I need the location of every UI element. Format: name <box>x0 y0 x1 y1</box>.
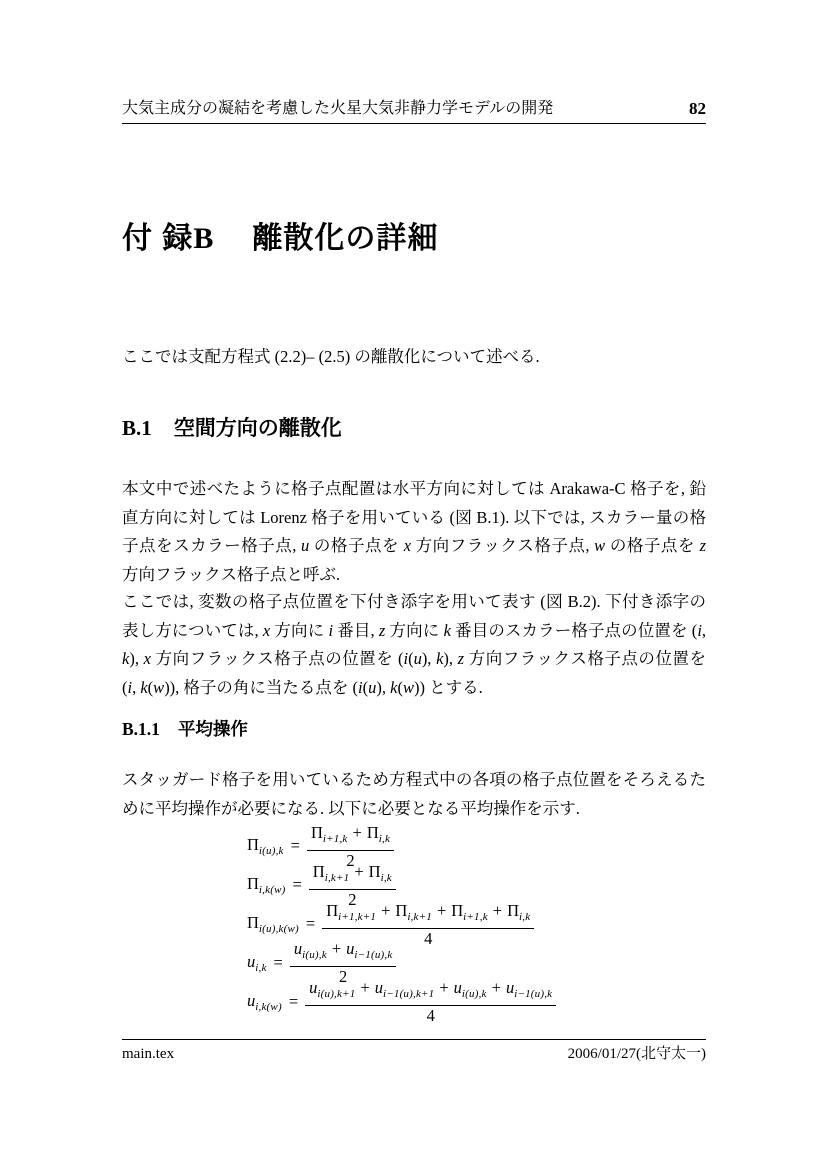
math-subscript: i,k+1 <box>407 911 432 923</box>
footer-date-author: 2006/01/27(北守太一) <box>568 1045 706 1063</box>
equals-sign: = <box>289 992 298 1012</box>
math-term: ui(u),k+1 <box>309 978 355 997</box>
plus-operator: + <box>376 901 395 920</box>
plus-operator: + <box>434 978 453 997</box>
math-subscript: i,k+1 <box>325 872 350 884</box>
math-term: Πi,k <box>369 862 392 881</box>
math-subscript: i,k(w) <box>255 1001 282 1013</box>
denominator: 4 <box>305 1006 556 1025</box>
math-subscript: i+1,k+1 <box>338 911 376 923</box>
footer-filename: main.tex <box>122 1045 174 1063</box>
numerator: ui(u),k+ui−1(u),k <box>290 939 397 967</box>
text-segment: 番目のスカラー格子点の位置を ( <box>451 621 697 640</box>
math-variable: x <box>404 536 411 555</box>
text-segment: , <box>702 621 706 640</box>
page-footer: main.tex 2006/01/27(北守太一) <box>122 1039 706 1063</box>
text-segment: )), 格子の角に当たる点を ( <box>164 678 358 697</box>
page-header: 大気主成分の凝結を考慮した火星大気非静力学モデルの開発 82 <box>122 99 706 124</box>
fraction: ui(u),k+1+ui−1(u),k+1+ui(u),k+ui−1(u),k4 <box>305 978 556 1025</box>
math-variable: w <box>594 536 605 555</box>
math-subscript: i,k <box>255 962 266 974</box>
numerator: Πi+1,k+1+Πi,k+1+Πi+1,k+Πi,k <box>322 901 534 929</box>
chapter-heading: 付 録B離散化の詳細 <box>122 219 438 259</box>
text-segment: 方向フラックス格子点の位置を ( <box>151 649 404 668</box>
section-number: B.1 <box>122 416 152 440</box>
document-page: 大気主成分の凝結を考慮した火星大気非静力学モデルの開発 82 付 録B離散化の詳… <box>0 0 826 1169</box>
section-title: 空間方向の離散化 <box>174 417 342 440</box>
math-term: Πi,k+1 <box>395 901 432 920</box>
math-variable: w <box>153 678 164 697</box>
plus-operator: + <box>348 823 367 842</box>
math-term: ui−1(u),k <box>346 939 392 958</box>
page-number: 82 <box>689 99 706 118</box>
math-subscript: i−1(u),k <box>354 949 392 961</box>
math-subscript: i+1,k <box>463 911 488 923</box>
equals-sign: = <box>291 836 300 856</box>
math-subscript: i+1,k <box>323 833 348 845</box>
chapter-label: 付 録B <box>122 222 214 255</box>
math-symbol: Π <box>247 874 259 893</box>
equation-lhs: Πi(u),k(w) <box>247 913 299 935</box>
intro-paragraph: ここでは支配方程式 (2.2)– (2.5) の離散化について述べる. <box>122 343 706 372</box>
math-symbol: Π <box>395 901 407 920</box>
paragraph-averaging: スタッガード格子を用いているため方程式中の各項の格子点位置をそろえるために平均操… <box>122 766 706 823</box>
numerator: ui(u),k+1+ui−1(u),k+1+ui(u),k+ui−1(u),k <box>305 978 556 1006</box>
math-subscript: i(u),k+1 <box>317 988 355 1000</box>
math-term: Πi+1,k <box>311 823 348 842</box>
math-subscript: i,k <box>379 833 390 845</box>
equation-row: ui,k=ui(u),k+ui−1(u),k2 <box>247 943 556 982</box>
text-segment: ), <box>376 678 390 697</box>
math-variable: k <box>140 678 147 697</box>
math-variable: k <box>444 621 451 640</box>
equation-row: Πi(u),k=Πi+1,k+Πi,k2 <box>247 827 556 866</box>
equals-sign: = <box>306 914 315 934</box>
numerator: Πi,k+1+Πi,k <box>309 862 396 890</box>
equation-row: Πi(u),k(w)=Πi+1,k+1+Πi,k+1+Πi+1,k+Πi,k4 <box>247 905 556 944</box>
math-variable: u <box>414 649 422 668</box>
math-symbol: u <box>247 952 255 971</box>
math-variable: z <box>700 536 706 555</box>
plus-operator: + <box>488 901 507 920</box>
plus-operator: + <box>487 978 506 997</box>
math-subscript: i,k <box>381 872 392 884</box>
math-variable: x <box>144 649 151 668</box>
text-segment: ここでは支配方程式 (2.2)– (2.5) の離散化について述べる. <box>122 347 540 366</box>
math-subscript: i(u),k(w) <box>259 923 299 935</box>
equation-row: ui,k(w)=ui(u),k+1+ui−1(u),k+1+ui(u),k+ui… <box>247 982 556 1021</box>
plus-operator: + <box>432 901 451 920</box>
text-segment: ), <box>443 649 457 668</box>
equation-lhs: Πi(u),k <box>247 835 284 857</box>
text-segment: 方向に <box>270 621 328 640</box>
running-title: 大気主成分の凝結を考慮した火星大気非静力学モデルの開発 <box>122 99 553 118</box>
math-term: Πi+1,k+1 <box>326 901 376 920</box>
math-symbol: Π <box>367 823 379 842</box>
equation-lhs: Πi,k(w) <box>247 874 285 896</box>
math-symbol: Π <box>369 862 381 881</box>
text-segment: 番目, <box>333 621 379 640</box>
math-variable: w <box>403 678 414 697</box>
text-segment: 方向フラックス格子点と呼ぶ. <box>122 565 340 584</box>
math-symbol: Π <box>326 901 338 920</box>
equals-sign: = <box>274 953 283 973</box>
math-symbol: u <box>247 991 255 1010</box>
math-subscript: i(u),k <box>302 949 327 961</box>
math-term: ui−1(u),k+1 <box>375 978 435 997</box>
text-segment: の格子点を <box>309 536 403 555</box>
plus-operator: + <box>355 978 374 997</box>
math-symbol: u <box>506 978 514 997</box>
text-segment: スタッガード格子を用いているため方程式中の各項の格子点位置をそろえるために平均操… <box>122 770 706 818</box>
subsection-title: 平均操作 <box>178 719 248 739</box>
text-segment: )) とする. <box>414 678 483 697</box>
text-segment: 方向に <box>385 621 443 640</box>
math-subscript: i(u),k <box>462 988 487 1000</box>
math-term: Πi+1,k <box>451 901 488 920</box>
chapter-label-letter: B <box>193 222 214 255</box>
math-term: ui(u),k <box>454 978 487 997</box>
math-symbol: u <box>375 978 383 997</box>
paragraph-subscripts: ここでは, 変数の格子点位置を下付き添字を用いて表す (図 B.2). 下付き添… <box>122 588 706 703</box>
equation-lhs: ui,k(w) <box>247 991 282 1013</box>
math-term: Πi,k+1 <box>313 862 350 881</box>
section-heading-b1: B.1空間方向の離散化 <box>122 414 342 443</box>
math-subscript: i(u),k <box>259 845 284 857</box>
equals-sign: = <box>292 875 301 895</box>
numerator: Πi+1,k+Πi,k <box>307 823 394 851</box>
math-subscript: i,k(w) <box>259 884 286 896</box>
paragraph-grid-layout: 本文中で述べたように格子点配置は水平方向に対しては Arakawa-C 格子を,… <box>122 475 706 590</box>
chapter-label-jp: 付 録 <box>122 222 193 255</box>
math-subscript: i−1(u),k <box>514 988 552 1000</box>
plus-operator: + <box>349 862 368 881</box>
text-segment: 方向フラックス格子点, <box>411 536 594 555</box>
math-symbol: u <box>294 939 302 958</box>
subsection-heading-b11: B.1.1平均操作 <box>122 717 248 741</box>
plus-operator: + <box>327 939 346 958</box>
math-term: ui−1(u),k <box>506 978 552 997</box>
text-segment: ), <box>422 649 436 668</box>
subsection-number: B.1.1 <box>122 719 160 739</box>
math-symbol: Π <box>451 901 463 920</box>
math-term: Πi,k <box>507 901 530 920</box>
chapter-title: 離散化の詳細 <box>252 222 438 255</box>
text-segment: の格子点を <box>605 536 699 555</box>
math-symbol: Π <box>313 862 325 881</box>
math-term: Πi,k <box>367 823 390 842</box>
math-symbol: Π <box>507 901 519 920</box>
equation-row: Πi,k(w)=Πi,k+1+Πi,k2 <box>247 866 556 905</box>
math-subscript: i−1(u),k+1 <box>383 988 434 1000</box>
text-segment: ), <box>129 649 143 668</box>
equation-block: Πi(u),k=Πi+1,k+Πi,k2Πi,k(w)=Πi,k+1+Πi,k2… <box>247 827 556 1021</box>
math-subscript: i,k <box>519 911 530 923</box>
equation-lhs: ui,k <box>247 952 267 974</box>
math-symbol: u <box>454 978 462 997</box>
math-term: ui(u),k <box>294 939 327 958</box>
math-symbol: Π <box>247 913 259 932</box>
math-symbol: Π <box>311 823 323 842</box>
math-symbol: Π <box>247 835 259 854</box>
